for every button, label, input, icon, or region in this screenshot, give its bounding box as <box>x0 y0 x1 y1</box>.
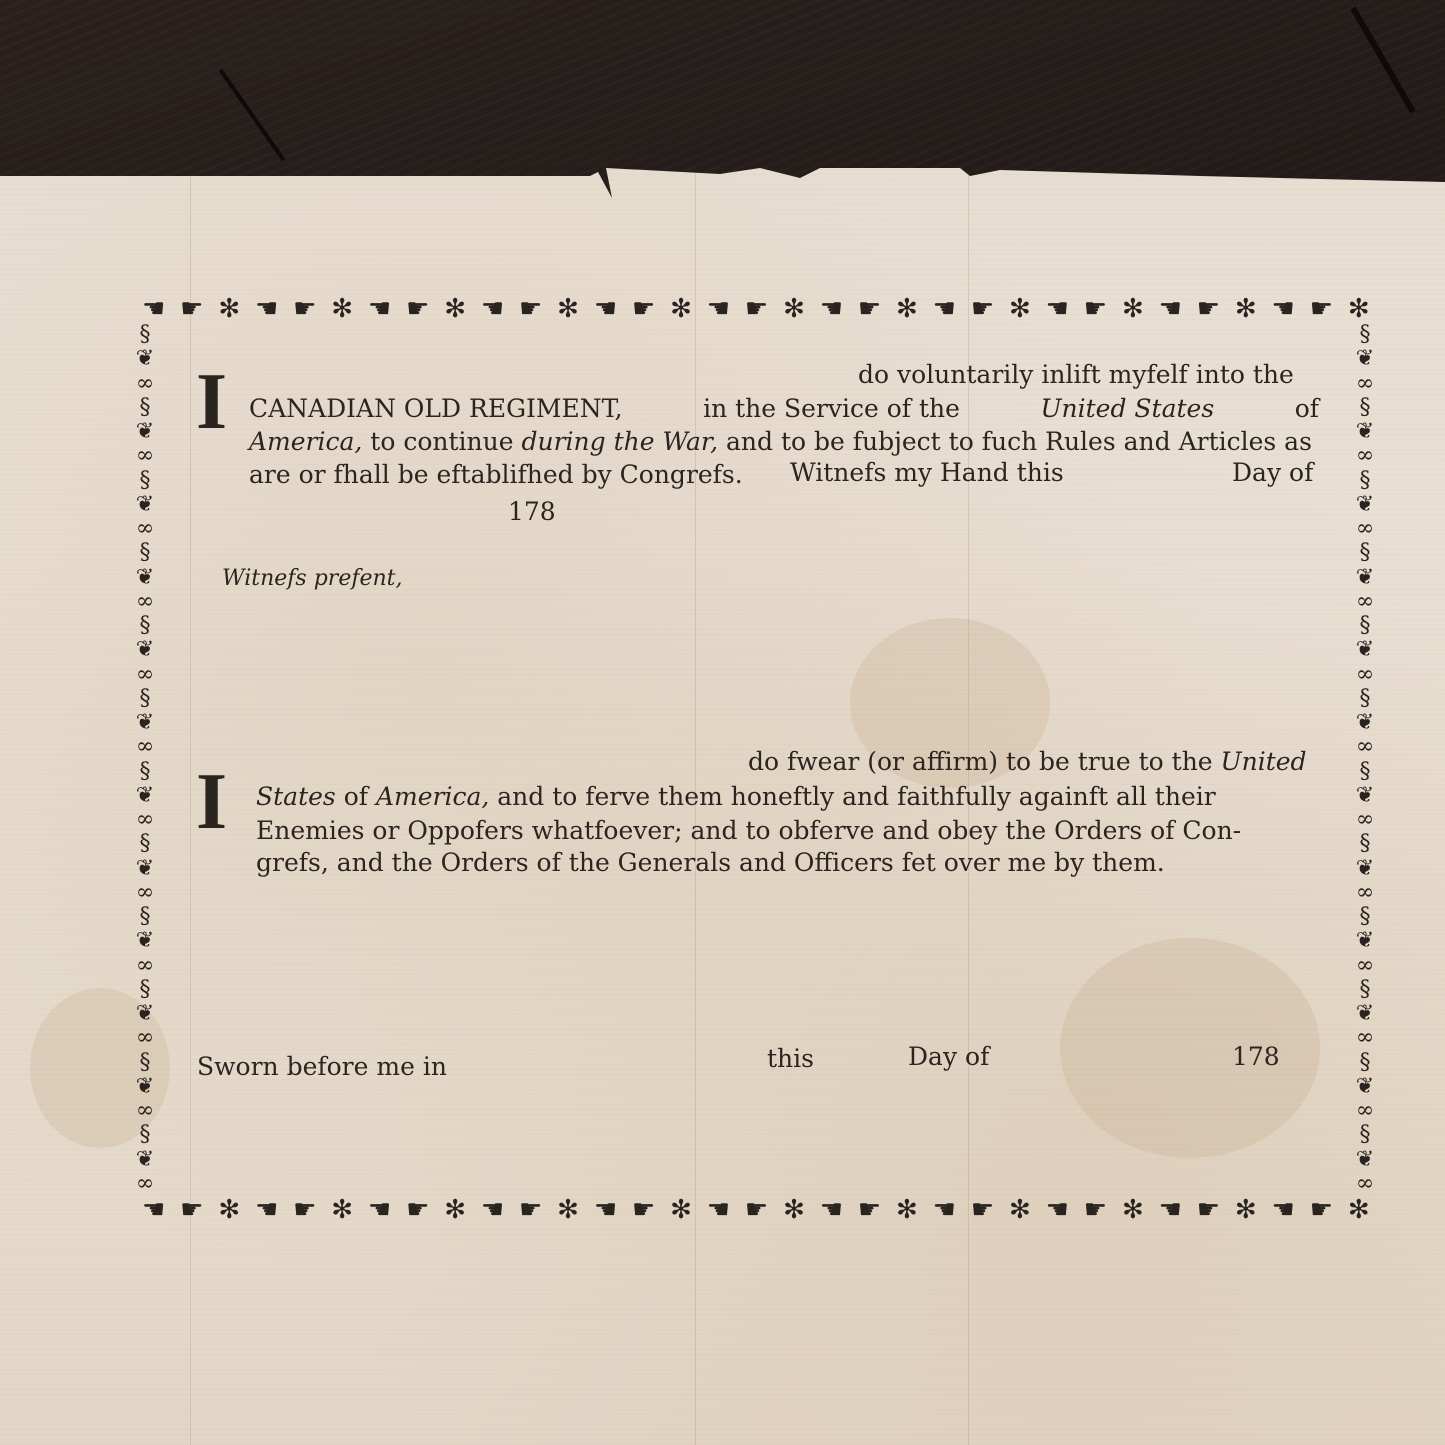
border-ornament-icon: § <box>140 542 151 564</box>
oath-line-3: Enemies or Oppofers whatfoever; and to o… <box>256 814 1241 847</box>
border-ornament-icon: § <box>1360 688 1371 710</box>
border-ornament-icon: ☛ <box>519 294 540 324</box>
border-ornament-icon: ∞ <box>1356 809 1374 831</box>
border-ornament-icon: ☛ <box>180 294 201 324</box>
border-ornament-icon: ❦ <box>1356 1149 1374 1171</box>
border-ornament-icon: ✻ <box>1122 294 1142 324</box>
border-ornament-icon: ∞ <box>136 955 154 977</box>
border-ornament-icon: ☚ <box>820 1195 841 1225</box>
sworn-this: this <box>767 1042 814 1075</box>
border-ornament-icon: § <box>1360 470 1371 492</box>
border-ornament-icon: ✻ <box>670 1195 690 1225</box>
border-ornament-icon: ❦ <box>136 567 154 589</box>
border-bottom: ☚☛✻☚☛✻☚☛✻☚☛✻☚☛✻☚☛✻☚☛✻☚☛✻☚☛✻☚☛✻☚☛✻ <box>142 1193 1368 1227</box>
border-ornament-icon: § <box>140 397 151 419</box>
border-ornament-icon: ✻ <box>1009 294 1029 324</box>
sworn-day-of: Day of <box>908 1040 989 1073</box>
border-ornament-icon: ∞ <box>1356 445 1374 467</box>
border-ornament-icon: ∞ <box>136 591 154 613</box>
border-ornament-icon: ✻ <box>670 294 690 324</box>
border-ornament-icon: ∞ <box>1356 591 1374 613</box>
border-ornament-icon: ☚ <box>142 294 163 324</box>
border-ornament-icon: ✻ <box>557 1195 577 1225</box>
border-ornament-icon: ∞ <box>1356 955 1374 977</box>
enlistment-year: 178 <box>508 495 556 528</box>
border-ornament-icon: ✻ <box>444 294 464 324</box>
border-ornament-icon: ☛ <box>180 1195 201 1225</box>
border-ornament-icon: ∞ <box>136 518 154 540</box>
regiment-name: CANADIAN OLD REGIMENT, <box>249 392 623 425</box>
border-ornament-icon: ✻ <box>896 294 916 324</box>
border-ornament-icon: ∞ <box>1356 1100 1374 1122</box>
border-ornament-icon: ∞ <box>136 664 154 686</box>
border-right: §❦∞§❦∞§❦∞§❦∞§❦∞§❦∞§❦∞§❦∞§❦∞§❦∞§❦∞§❦∞ <box>1350 324 1380 1195</box>
border-ornament-icon: ☛ <box>971 294 992 324</box>
border-ornament-icon: ☚ <box>1159 294 1180 324</box>
border-ornament-icon: § <box>1360 1052 1371 1074</box>
border-ornament-icon: § <box>1360 542 1371 564</box>
border-ornament-icon: ∞ <box>1356 1027 1374 1049</box>
border-ornament-icon: ✻ <box>783 294 803 324</box>
border-ornament-icon: ❦ <box>1356 1003 1374 1025</box>
border-ornament-icon: § <box>140 688 151 710</box>
border-ornament-icon: ❦ <box>1356 421 1374 443</box>
border-ornament-icon: § <box>1360 1124 1371 1146</box>
border-ornament-icon: ❦ <box>1356 639 1374 661</box>
border-ornament-icon: ∞ <box>1356 882 1374 904</box>
border-ornament-icon: § <box>1360 979 1371 1001</box>
sworn-before-label: Sworn before me in <box>197 1050 447 1083</box>
border-ornament-icon: ✻ <box>557 294 577 324</box>
border-ornament-icon: ☚ <box>142 1195 163 1225</box>
border-ornament-icon: ❦ <box>136 858 154 880</box>
enlistment-drop-cap: I <box>196 362 227 442</box>
border-ornament-icon: § <box>140 979 151 1001</box>
border-ornament-icon: ∞ <box>136 1173 154 1195</box>
sworn-year: 178 <box>1232 1040 1280 1073</box>
text-span: of <box>336 782 376 811</box>
border-ornament-icon: ∞ <box>136 373 154 395</box>
enlistment-line-2: CANADIAN OLD REGIMENT, in the Service of… <box>249 392 1319 425</box>
enlistment-line-4a: are or fhall be eftablifhed by Congrefs. <box>249 458 743 491</box>
border-ornament-icon: ✻ <box>1122 1195 1142 1225</box>
america-italic: America, <box>249 427 362 456</box>
enlistment-line-4b: Witnefs my Hand this <box>790 456 1064 489</box>
border-ornament-icon: § <box>140 324 151 346</box>
border-ornament-icon: ☚ <box>1272 294 1293 324</box>
border-ornament-icon: ✻ <box>1348 294 1368 324</box>
border-ornament-icon: ☚ <box>255 294 276 324</box>
border-ornament-icon: ☛ <box>1084 1195 1105 1225</box>
oath-line-1: do fwear (or affirm) to be true to the U… <box>748 745 1307 778</box>
border-ornament-icon: § <box>1360 615 1371 637</box>
border-ornament-icon: § <box>140 761 151 783</box>
border-ornament-icon: ☚ <box>707 1195 728 1225</box>
border-ornament-icon: ☚ <box>368 294 389 324</box>
border-ornament-icon: § <box>140 906 151 928</box>
border-ornament-icon: ☛ <box>632 294 653 324</box>
border-ornament-icon: ✻ <box>1348 1195 1368 1225</box>
border-ornament-icon: ❦ <box>1356 785 1374 807</box>
text-span: to continue <box>362 427 521 456</box>
border-ornament-icon: ❦ <box>1356 1076 1374 1098</box>
border-ornament-icon: ❦ <box>136 1003 154 1025</box>
border-ornament-icon: ✻ <box>331 1195 351 1225</box>
border-ornament-icon: ❦ <box>1356 494 1374 516</box>
oath-line-2: States of America, and to ferve them hon… <box>256 780 1216 813</box>
text-span: in the Service of the <box>703 392 960 425</box>
border-ornament-icon: ❦ <box>136 639 154 661</box>
united-italic: United <box>1221 747 1307 776</box>
border-ornament-icon: ∞ <box>1356 736 1374 758</box>
border-ornament-icon: § <box>1360 906 1371 928</box>
border-ornament-icon: ☛ <box>1310 294 1331 324</box>
border-ornament-icon: § <box>1360 324 1371 346</box>
border-ornament-icon: ❦ <box>136 348 154 370</box>
border-ornament-icon: ☚ <box>368 1195 389 1225</box>
border-ornament-icon: ✻ <box>1009 1195 1029 1225</box>
border-ornament-icon: ❦ <box>136 712 154 734</box>
border-ornament-icon: ☚ <box>1046 294 1067 324</box>
border-ornament-icon: ☚ <box>594 1195 615 1225</box>
border-ornament-icon: ✻ <box>218 1195 238 1225</box>
border-ornament-icon: ✻ <box>444 1195 464 1225</box>
border-ornament-icon: ✻ <box>218 294 238 324</box>
border-ornament-icon: § <box>1360 397 1371 419</box>
border-ornament-icon: ☚ <box>707 294 728 324</box>
border-ornament-icon: ☚ <box>1046 1195 1067 1225</box>
border-ornament-icon: ☚ <box>1272 1195 1293 1225</box>
border-ornament-icon: ☚ <box>820 294 841 324</box>
border-ornament-icon: ∞ <box>136 882 154 904</box>
border-ornament-icon: ☚ <box>481 1195 502 1225</box>
border-ornament-icon: § <box>140 615 151 637</box>
united-states-italic: United States <box>1040 392 1214 425</box>
border-ornament-icon: ❦ <box>136 1149 154 1171</box>
border-ornament-icon: ❦ <box>136 930 154 952</box>
border-ornament-icon: ∞ <box>136 1027 154 1049</box>
border-ornament-icon: ✻ <box>331 294 351 324</box>
border-ornament-icon: ∞ <box>136 736 154 758</box>
border-ornament-icon: ∞ <box>136 1100 154 1122</box>
text-span: do fwear (or affirm) to be true to the <box>748 747 1221 776</box>
border-ornament-icon: ❦ <box>136 1076 154 1098</box>
border-ornament-icon: ✻ <box>783 1195 803 1225</box>
border-ornament-icon: ∞ <box>136 809 154 831</box>
border-ornament-icon: ☛ <box>406 294 427 324</box>
border-ornament-icon: ☛ <box>519 1195 540 1225</box>
oath-line-4: grefs, and the Orders of the Generals an… <box>256 846 1165 879</box>
border-ornament-icon: ✻ <box>1235 1195 1255 1225</box>
border-ornament-icon: ☛ <box>858 1195 879 1225</box>
border-ornament-icon: ✻ <box>1235 294 1255 324</box>
border-ornament-icon: ☛ <box>1197 294 1218 324</box>
border-ornament-icon: ☚ <box>481 294 502 324</box>
border-ornament-icon: ∞ <box>1356 1173 1374 1195</box>
border-ornament-icon: ☛ <box>293 294 314 324</box>
border-ornament-icon: § <box>140 1124 151 1146</box>
border-ornament-icon: § <box>1360 761 1371 783</box>
border-ornament-icon: ☚ <box>933 1195 954 1225</box>
border-ornament-icon: ☛ <box>1084 294 1105 324</box>
states-italic: States <box>256 782 336 811</box>
border-ornament-icon: ☚ <box>594 294 615 324</box>
text-span: and to ferve them honeftly and faithfull… <box>489 782 1215 811</box>
border-ornament-icon: ❦ <box>1356 930 1374 952</box>
border-ornament-icon: ✻ <box>896 1195 916 1225</box>
during-war-italic: during the War, <box>522 427 719 456</box>
border-ornament-icon: ☛ <box>1310 1195 1331 1225</box>
border-ornament-icon: ☛ <box>632 1195 653 1225</box>
border-ornament-icon: ❦ <box>1356 567 1374 589</box>
border-ornament-icon: ❦ <box>136 421 154 443</box>
witness-present-label: Witnefs prefent, <box>222 562 403 595</box>
border-ornament-icon: ☚ <box>933 294 954 324</box>
oath-drop-cap: I <box>196 762 227 842</box>
border-ornament-icon: § <box>140 833 151 855</box>
america-italic: America, <box>376 782 489 811</box>
border-ornament-icon: ☛ <box>745 1195 766 1225</box>
border-ornament-icon: ∞ <box>136 445 154 467</box>
border-ornament-icon: ☛ <box>971 1195 992 1225</box>
border-top: ☚☛✻☚☛✻☚☛✻☚☛✻☚☛✻☚☛✻☚☛✻☚☛✻☚☛✻☚☛✻☚☛✻ <box>142 292 1368 326</box>
border-ornament-icon: ∞ <box>1356 664 1374 686</box>
border-ornament-icon: § <box>140 1052 151 1074</box>
text-span: of <box>1295 392 1319 425</box>
border-ornament-icon: ❦ <box>1356 712 1374 734</box>
enlistment-line-1: do voluntarily inlift myfelf into the <box>858 358 1294 391</box>
border-left: §❦∞§❦∞§❦∞§❦∞§❦∞§❦∞§❦∞§❦∞§❦∞§❦∞§❦∞§❦∞ <box>130 324 160 1195</box>
border-ornament-icon: ☚ <box>1159 1195 1180 1225</box>
border-ornament-icon: ❦ <box>136 785 154 807</box>
enlistment-line-3: America, to continue during the War, and… <box>249 425 1319 458</box>
border-ornament-icon: ☚ <box>255 1195 276 1225</box>
border-ornament-icon: ☛ <box>293 1195 314 1225</box>
border-ornament-icon: ❦ <box>1356 348 1374 370</box>
border-ornament-icon: § <box>140 470 151 492</box>
border-ornament-icon: ❦ <box>136 494 154 516</box>
border-ornament-icon: ☛ <box>1197 1195 1218 1225</box>
border-ornament-icon: ☛ <box>406 1195 427 1225</box>
enlistment-line-4c: Day of <box>1232 456 1313 489</box>
text-span: and to be fubject to fuch Rules and Arti… <box>718 427 1312 456</box>
border-ornament-icon: ☛ <box>745 294 766 324</box>
border-ornament-icon: ∞ <box>1356 373 1374 395</box>
border-ornament-icon: ☛ <box>858 294 879 324</box>
border-ornament-icon: § <box>1360 833 1371 855</box>
border-ornament-icon: ∞ <box>1356 518 1374 540</box>
border-ornament-icon: ❦ <box>1356 858 1374 880</box>
